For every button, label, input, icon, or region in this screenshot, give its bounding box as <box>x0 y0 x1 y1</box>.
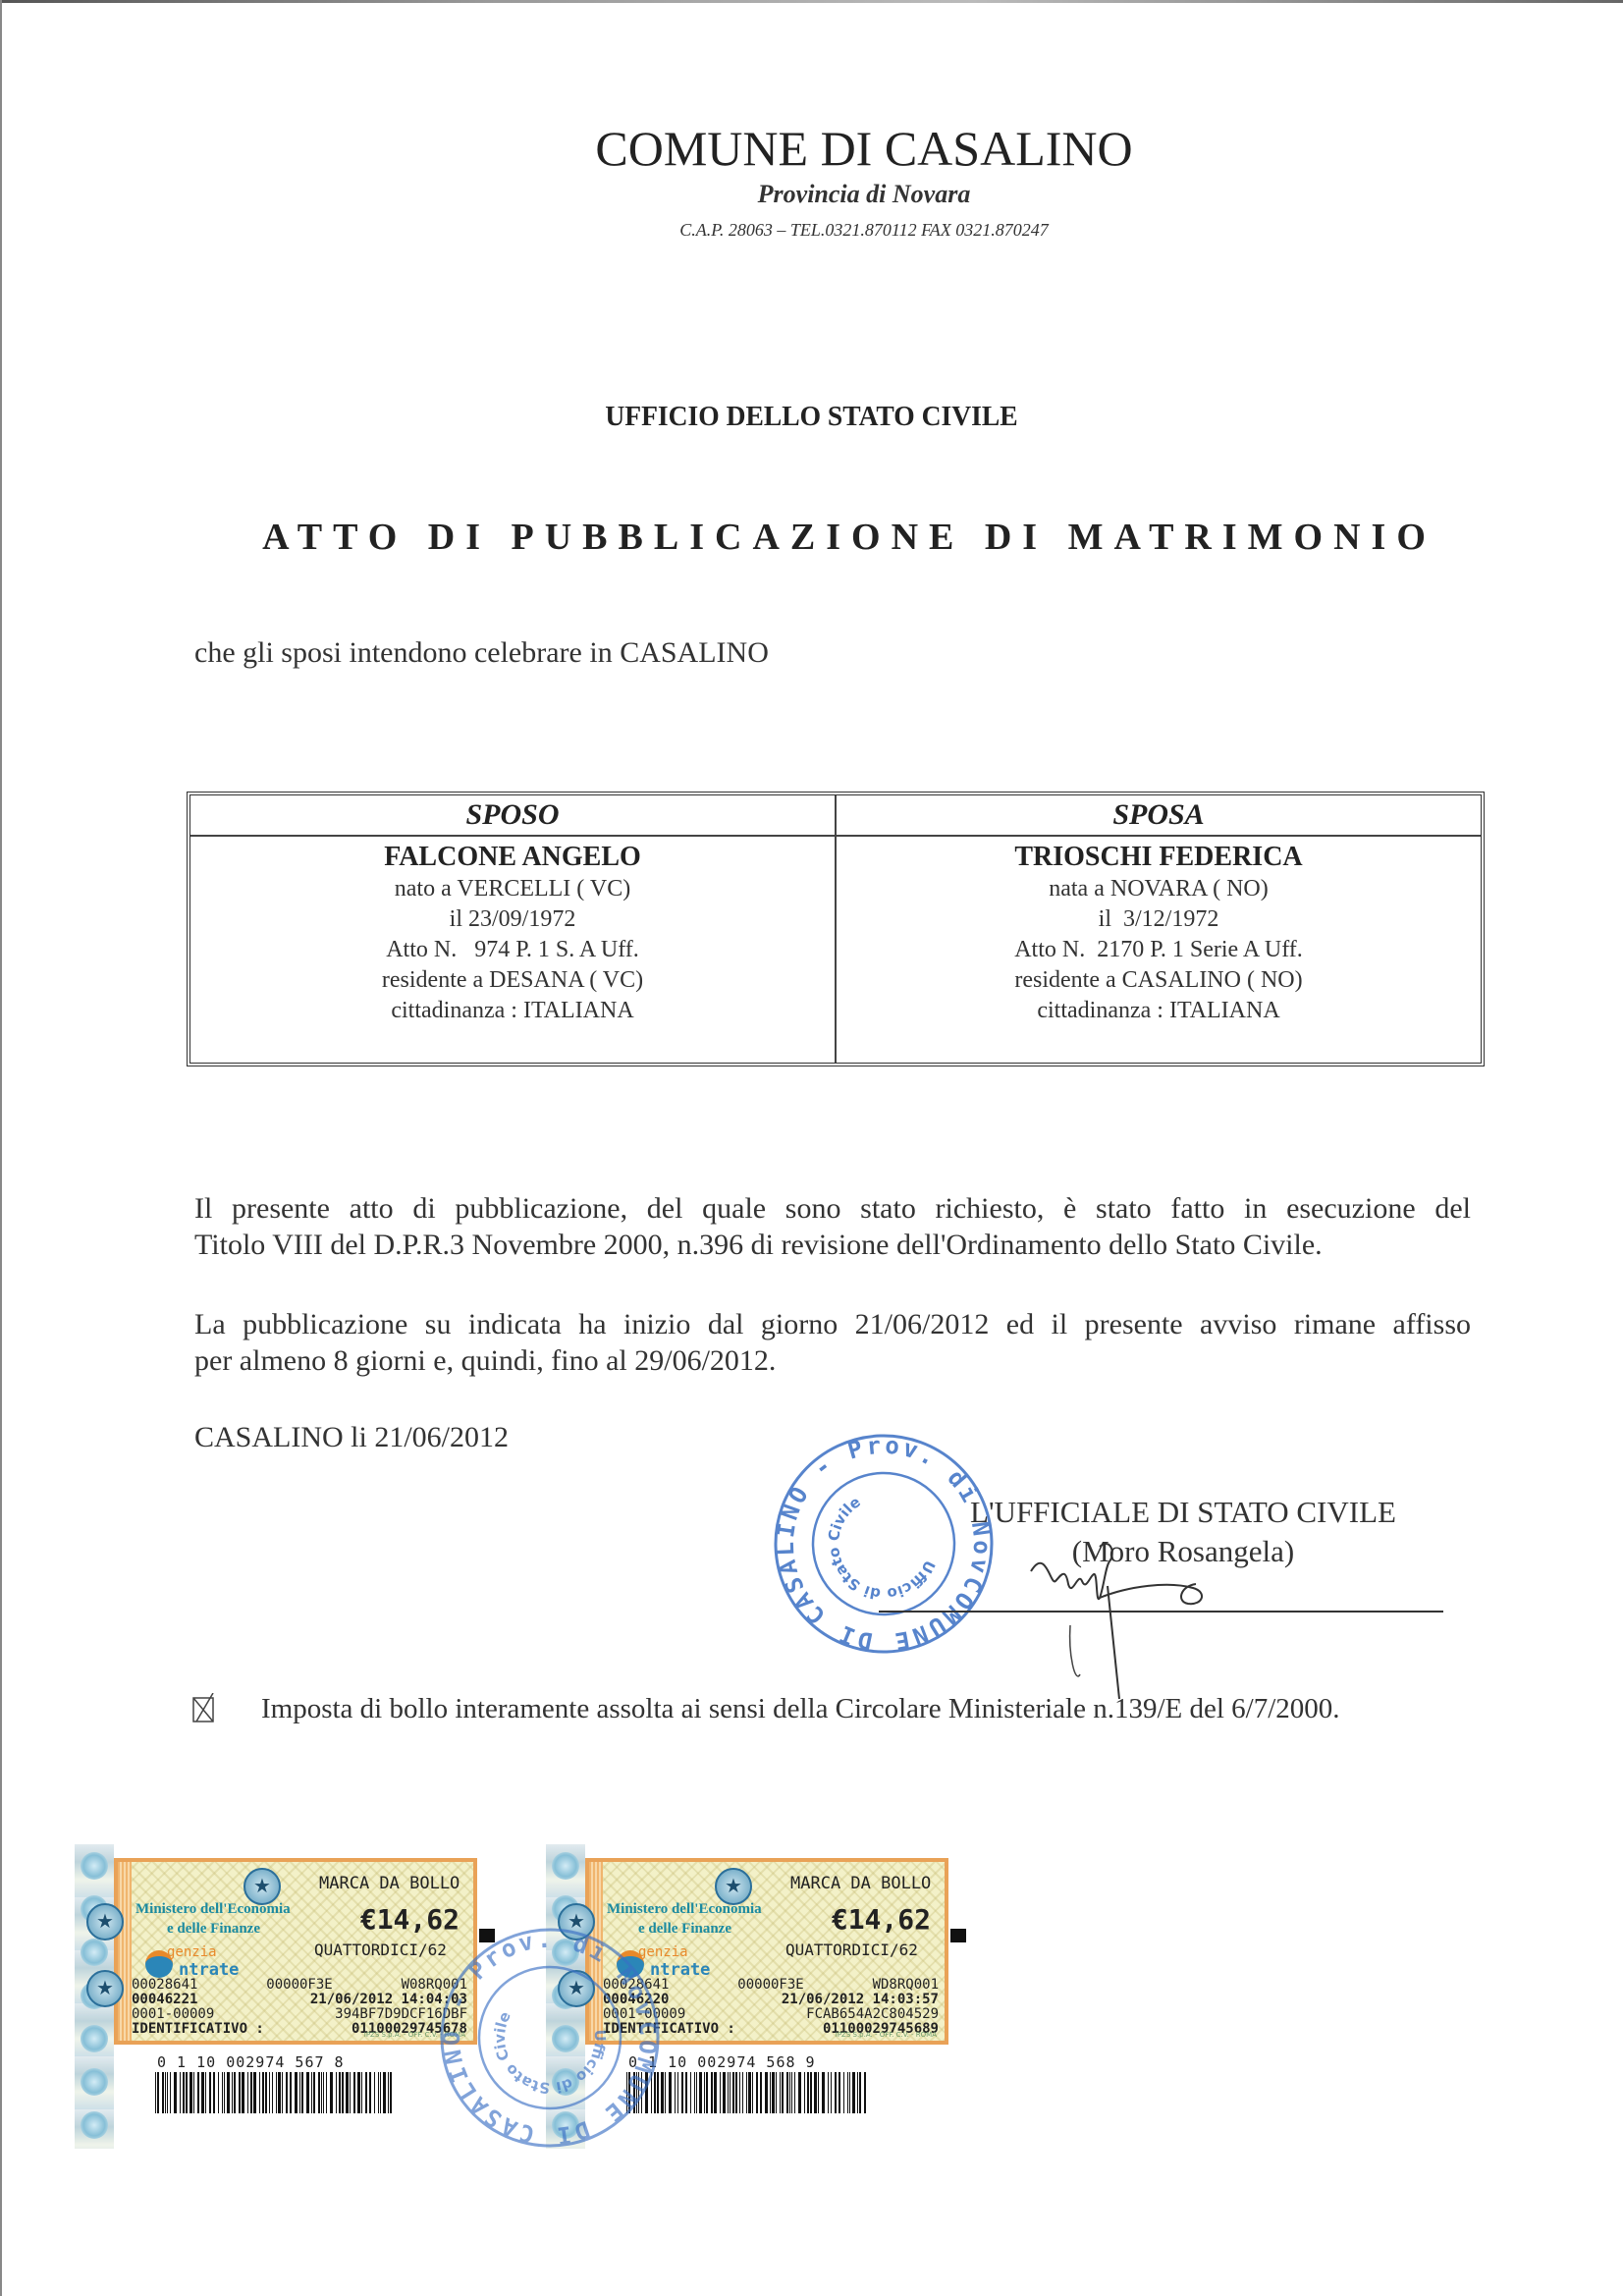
stamp-amount-words: QUATTORDICI/62 <box>314 1941 447 1959</box>
stamp-code: FCAB654A2C804529 <box>806 2007 939 2022</box>
official-title: L'UFFICIALE DI STATO CIVILE <box>938 1493 1429 1532</box>
municipality-name: COMUNE DI CASALINO <box>471 120 1257 177</box>
province: Provincia di Novara <box>471 180 1257 209</box>
italian-republic-emblem-icon: ★ <box>243 1868 281 1905</box>
stamp-body: ★MARCA DA BOLLOMinistero dell'Economiae … <box>114 1858 477 2045</box>
star-icon: ★ <box>717 1870 750 1903</box>
star-icon: ★ <box>88 1905 122 1939</box>
bride-heading: SPOSA <box>837 795 1481 837</box>
groom-birthplace: nato a VERCELLI ( VC) <box>190 874 835 904</box>
italian-republic-emblem-icon: ★ <box>715 1868 752 1905</box>
legal-basis-paragraph: Il presente atto di pubblicazione, del q… <box>194 1190 1471 1263</box>
bride-column: SPOSA TRIOSCHI FEDERICA nata a NOVARA ( … <box>837 795 1481 1063</box>
hologram-emblem-icon <box>81 2025 108 2052</box>
handwritten-signature-icon <box>1021 1527 1237 1704</box>
stamp-issuer: e delle Finanze <box>167 1921 260 1938</box>
stamp-amount-words: QUATTORDICI/62 <box>785 1941 918 1959</box>
stamp-code-row: 0001-00009394BF7D9DCF16DBF <box>132 2007 467 2022</box>
stamp-code: 00000F3E <box>266 1978 332 1993</box>
groom-birthdate: il 23/09/1972 <box>190 904 835 935</box>
revenue-stamp: ★MARCA DA BOLLOMinistero dell'Economiae … <box>75 1844 487 2159</box>
stamp-label: MARCA DA BOLLO <box>319 1874 460 1893</box>
stamp-marker <box>950 1929 966 1942</box>
publication-period-paragraph: La pubblicazione su indicata ha inizio d… <box>194 1306 1471 1379</box>
bride-name: TRIOSCHI FEDERICA <box>837 841 1481 874</box>
spouses-table: SPOSO FALCONE ANGELO nato a VERCELLI ( V… <box>187 792 1485 1066</box>
groom-act: Atto N. 974 P. 1 S. A Uff. <box>190 935 835 965</box>
hologram-emblem-icon <box>81 2111 108 2139</box>
place-and-date: CASALINO li 21/06/2012 <box>194 1421 509 1454</box>
star-icon: ★ <box>245 1870 279 1903</box>
bride-residence: residente a CASALINO ( NO) <box>837 965 1481 996</box>
stamp-code-row: 0002864100000F3EW08RQ001 <box>132 1978 467 1993</box>
intro-text: che gli sposi intendono celebrare in CAS… <box>194 636 769 670</box>
paragraph-line: Il presente atto di pubblicazione, del q… <box>194 1190 1471 1227</box>
municipal-seal-icon: COMUNE DI CASALINO - Prov. di Novara - U… <box>432 1920 668 2156</box>
hologram-emblem-icon <box>552 1852 579 1880</box>
stamp-code: WD8RQ001 <box>873 1978 939 1993</box>
stamp-border-strip <box>118 1862 132 2041</box>
stamp-code: 00028641 <box>132 1978 197 1993</box>
svg-text:COMUNE DI CASALINO - Prov. di: COMUNE DI CASALINO - Prov. di Novara - <box>432 1920 668 2156</box>
page-edge <box>0 0 1623 3</box>
paragraph-line: Titolo VIII del D.P.R.3 Novembre 2000, n… <box>194 1227 1471 1263</box>
groom-name: FALCONE ANGELO <box>190 841 835 874</box>
bride-act: Atto N. 2170 P. 1 Serie A Uff. <box>837 935 1481 965</box>
stamp-issuer: Ministero dell'Economia <box>135 1901 291 1918</box>
stamp-code: 21/06/2012 14:03:57 <box>782 1993 939 2007</box>
stamp-code: 0001-00009 <box>132 2007 214 2022</box>
stamp-label: MARCA DA BOLLO <box>790 1874 931 1893</box>
italian-republic-emblem-icon: ★ <box>86 1903 124 1941</box>
groom-column: SPOSO FALCONE ANGELO nato a VERCELLI ( V… <box>190 795 837 1063</box>
hologram-emblem-icon <box>81 2068 108 2096</box>
barcode-number: 0 1 10 002974 567 8 <box>157 2053 345 2071</box>
stamp-duty-note: Imposta di bollo interamente assolta ai … <box>185 1687 1461 1730</box>
stamp-code-row: 0004622121/06/2012 14:04:03 <box>132 1993 467 2007</box>
paragraph-line: La pubblicazione su indicata ha inizio d… <box>194 1306 1471 1342</box>
hologram-emblem-icon <box>81 1939 108 1966</box>
groom-residence: residente a DESANA ( VC) <box>190 965 835 996</box>
office-heading: UFFICIO DELLO STATO CIVILE <box>40 401 1582 433</box>
groom-citizenship: cittadinanza : ITALIANA <box>190 996 835 1026</box>
stamp-duty-text: Imposta di bollo interamente assolta ai … <box>261 1687 1340 1730</box>
stamp-code: 00046221 <box>132 1993 197 2007</box>
stamp-codes: 0002864100000F3EW08RQ0010004622121/06/20… <box>132 1978 467 2037</box>
paragraph-line: per almeno 8 giorni e, quindi, fino al 2… <box>194 1342 1471 1379</box>
barcode-icon <box>153 2072 399 2113</box>
italian-republic-emblem-icon: ★ <box>86 1970 124 2007</box>
svg-text:Ufficio di Stato Civile: Ufficio di Stato Civile <box>808 1489 952 1619</box>
stamp-issuer: Ministero dell'Economia <box>607 1901 762 1918</box>
stamp-code: 00000F3E <box>737 1978 803 1993</box>
bride-birthdate: il 3/12/1972 <box>837 904 1481 935</box>
checked-box-icon <box>192 1693 214 1722</box>
page-edge <box>0 0 2 2296</box>
star-icon: ★ <box>88 1972 122 2005</box>
agency-name: genzia <box>167 1944 217 1960</box>
stamp-microtext: IPZS S.p.A. - OFF. C.V. - ROMA <box>836 2031 937 2039</box>
bride-birthplace: nata a NOVARA ( NO) <box>837 874 1481 904</box>
stamp-amount: €14,62 <box>832 1903 931 1936</box>
stamp-code: IDENTIFICATIVO : <box>132 2022 264 2037</box>
groom-heading: SPOSO <box>190 795 835 837</box>
contact-info: C.A.P. 28063 – TEL.0321.870112 FAX 0321.… <box>471 220 1257 241</box>
document-title: ATTO DI PUBBLICAZIONE DI MATRIMONIO <box>196 516 1502 559</box>
hologram-emblem-icon <box>81 1852 108 1880</box>
bride-citizenship: cittadinanza : ITALIANA <box>837 996 1481 1026</box>
